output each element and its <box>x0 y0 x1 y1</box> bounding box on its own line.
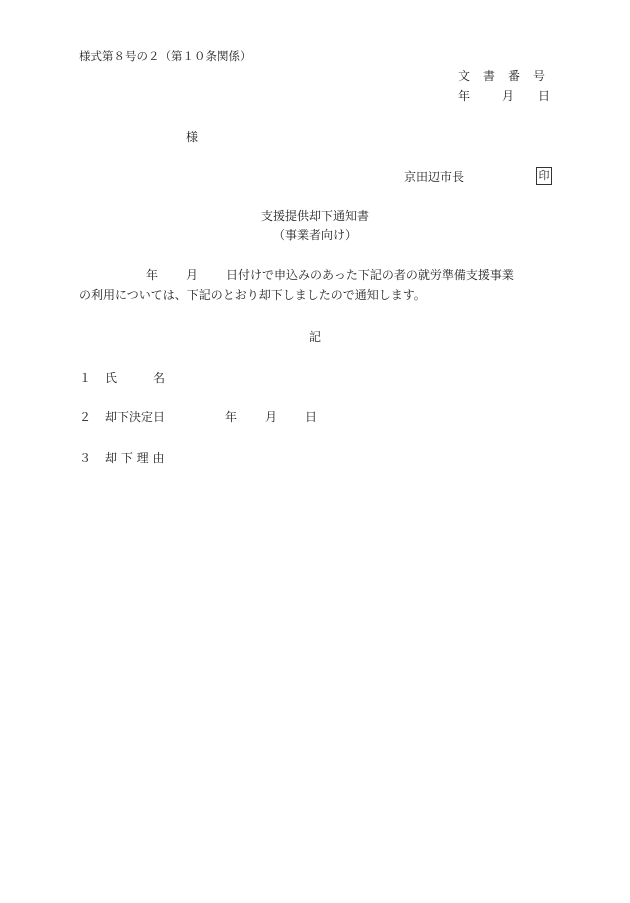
addressee-honorific: 様 <box>186 130 198 144</box>
document-number-label: 文書番号 <box>458 69 558 83</box>
issue-date-year: 年 <box>458 89 502 103</box>
item-label: 却下決定日 <box>105 410 225 424</box>
sender-name: 京田辺市長 <box>404 170 464 184</box>
body-text-rest: 日付けで申込みのあった下記の者の就労準備支援事業 <box>226 268 514 282</box>
body-month: 月 <box>186 268 226 282</box>
rejection-day: 日 <box>305 410 317 424</box>
form-number: 様式第８号の２（第１０条関係） <box>79 49 252 63</box>
ki-heading: 記 <box>0 330 630 344</box>
item-name: １氏 名 <box>79 371 165 385</box>
body-year: 年 <box>146 268 186 282</box>
item-number: １ <box>79 371 105 385</box>
issue-date-line: 年月日 <box>458 89 550 103</box>
document-title: 支援提供却下通知書 <box>0 209 630 223</box>
seal-mark: 印 <box>536 167 552 185</box>
issue-date-month: 月 <box>502 89 538 103</box>
item-rejection-date: ２却下決定日年月日 <box>79 410 317 424</box>
rejection-month: 月 <box>265 410 305 424</box>
item-number: ３ <box>79 451 105 465</box>
issue-date-day: 日 <box>538 89 550 103</box>
body-line-2: の利用については、下記のとおり却下しましたので通知します。 <box>79 288 426 302</box>
document-subtitle: （事業者向け） <box>0 228 630 242</box>
rejection-year: 年 <box>225 410 265 424</box>
body-line-1: 年月日付けで申込みのあった下記の者の就労準備支援事業 <box>79 268 514 282</box>
item-label: 氏 名 <box>105 371 165 385</box>
item-number: ２ <box>79 410 105 424</box>
item-label: 却 下 理 由 <box>105 451 164 465</box>
item-rejection-reason: ３却 下 理 由 <box>79 451 164 465</box>
